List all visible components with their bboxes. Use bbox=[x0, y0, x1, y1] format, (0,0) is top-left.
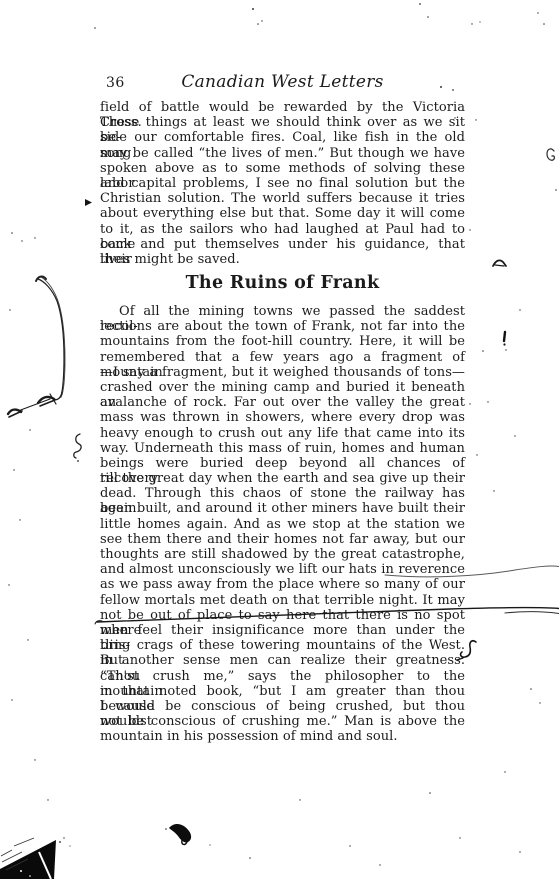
g-scribble bbox=[547, 149, 554, 160]
text-line: heavy enough to crush out any life that … bbox=[100, 426, 465, 441]
text-line: and almost unconsciously we lift our hat… bbox=[100, 562, 465, 577]
text-line: may be called “the lives of men.” But th… bbox=[100, 146, 465, 161]
text-line: lives might be saved. bbox=[100, 252, 465, 267]
ink-blot bbox=[165, 824, 191, 844]
text-line: fellow mortals met death on that terribl… bbox=[100, 593, 465, 608]
text-line: avalanche of rock. Far out over the vall… bbox=[100, 395, 465, 410]
text-line: little homes again. And as we stop at th… bbox=[100, 517, 465, 532]
text-line: way. Underneath this mass of ruin, homes… bbox=[100, 441, 465, 456]
text-line: lections are about the town of Frank, no… bbox=[100, 319, 465, 334]
running-title: Canadian West Letters bbox=[100, 72, 465, 92]
text-line: field of battle would be rewarded by the… bbox=[100, 100, 465, 115]
text-line: dead. Through this chaos of stone the ra… bbox=[100, 486, 465, 501]
text-line: back and put themselves under his guidan… bbox=[100, 237, 465, 252]
text-line: not be conscious of crushing me.” Man is… bbox=[100, 714, 465, 729]
pencil-scribble bbox=[8, 394, 56, 417]
text-line: till the great day when the earth and se… bbox=[100, 471, 465, 486]
pencil-squiggle bbox=[74, 434, 81, 458]
text-line: thoughts are still shadowed by the great… bbox=[100, 547, 465, 562]
pencil-squiggle-dot bbox=[77, 460, 79, 462]
text-line: to it, as the sailors who had laughed at… bbox=[100, 222, 465, 237]
text-line: crashed over the mining camp and buried … bbox=[100, 380, 465, 395]
text-line: not be out of place to say here that the… bbox=[100, 608, 465, 623]
text-line: These things at least we should think ov… bbox=[100, 115, 465, 130]
corner-fold bbox=[0, 837, 71, 879]
text-line: men feel their insignificance more than … bbox=[100, 623, 465, 638]
text-line: see them there and their homes not far a… bbox=[100, 532, 465, 547]
text-line: about everything else but that. Some day… bbox=[100, 206, 465, 221]
text-line: tling crags of these towering mountains … bbox=[100, 638, 465, 653]
page-header: 36 Canadian West Letters bbox=[100, 72, 465, 94]
text-line: —I say a fragment, but it weighed thousa… bbox=[100, 365, 465, 380]
text-line: side our comfortable fires. Coal, like f… bbox=[100, 130, 465, 145]
text-line: beings were buried deep beyond all chanc… bbox=[100, 456, 465, 471]
text-line: Christian solution. The world suffers be… bbox=[100, 191, 465, 206]
exclamation-pen-mark bbox=[503, 332, 505, 346]
text-line: mass was thrown in showers, where every … bbox=[100, 410, 465, 425]
section-heading: The Ruins of Frank bbox=[100, 273, 465, 293]
text-line: Of all the mining towns we passed the sa… bbox=[100, 304, 465, 319]
pointer-triangle-mark bbox=[85, 199, 92, 206]
text-line: in that noted book, “but I am greater th… bbox=[100, 684, 465, 699]
lt-scribble bbox=[493, 260, 506, 266]
text-line: mountain in his possession of mind and s… bbox=[100, 729, 465, 744]
text-line: and capital problems, I see no final sol… bbox=[100, 176, 465, 191]
book-page-scan: 36 Canadian West Letters field of battle… bbox=[0, 0, 559, 879]
text-line: spoken above as to some methods of solvi… bbox=[100, 161, 465, 176]
text-line: as we pass away from the place where so … bbox=[100, 577, 465, 592]
paragraph-ruins-of-frank: Of all the mining towns we passed the sa… bbox=[100, 304, 465, 744]
text-line: remembered that a few years ago a fragme… bbox=[100, 350, 465, 365]
margin-pencil-curve bbox=[36, 277, 65, 400]
text-line: can'st crush me,” says the philosopher t… bbox=[100, 669, 465, 684]
paragraph-continuation: field of battle would be rewarded by the… bbox=[100, 100, 465, 267]
text-line: mountains from the foot-hill country. He… bbox=[100, 334, 465, 349]
text-line: I would be conscious of being crushed, b… bbox=[100, 699, 465, 714]
text-line: been built, and around it other miners h… bbox=[100, 501, 465, 516]
text-line: in another sense men can realize their g… bbox=[100, 653, 465, 668]
